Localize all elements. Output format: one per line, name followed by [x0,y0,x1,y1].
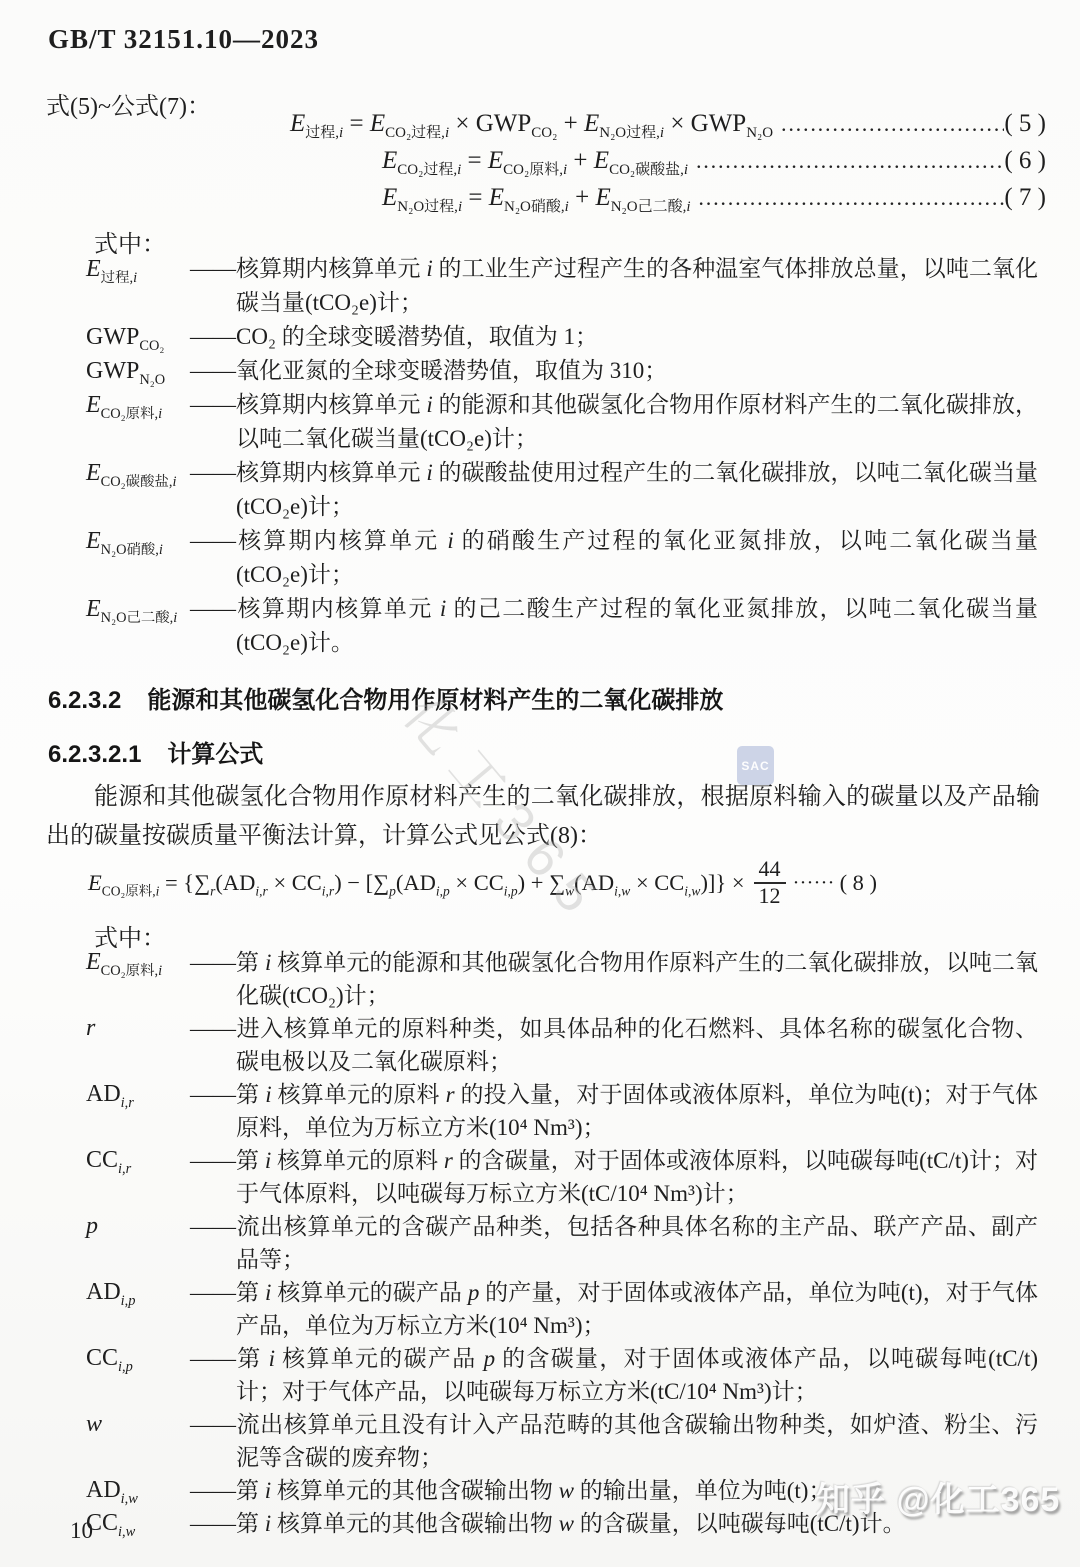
definition-row: ECO₂碳酸盐,i ——核算期内核算单元 i 的碳酸盐使用过程产生的二氧化碳排放… [86,456,1038,524]
definition-term: CCi,r [86,1144,190,1210]
definition-term: EN₂O硝酸,i [86,524,190,592]
definition-description: ——CO₂ 的全球变暖潜势值，取值为 1； [190,320,1038,354]
definition-row: ECO₂原料,i ——第 i 核算单元的能源和其他碳氢化合物用作原料产生的二氧化… [86,946,1038,1012]
definition-list-2: ECO₂原料,i ——第 i 核算单元的能源和其他碳氢化合物用作原料产生的二氧化… [86,946,1038,1540]
document-page: GB/T 32151.10—2023 式(5)~公式(7)： E过程,i = E… [0,0,1080,1567]
definition-row: CCi,p ——第 i 核算单元的碳产品 p 的含碳量，对于固体或液体产品，以吨… [86,1342,1038,1408]
equation-6-number: ( 6 ) [1004,147,1046,175]
definition-term: ECO₂原料,i [86,388,190,456]
definition-term: E过程,i [86,252,190,320]
definition-row: EN₂O己二酸,i ——核算期内核算单元 i 的己二酸生产过程的氧化亚氮排放，以… [86,592,1038,660]
equation-5-number: ( 5 ) [1004,110,1046,138]
definition-term: GWPCO₂ [86,320,190,354]
definition-description: ——核算期内核算单元 i 的己二酸生产过程的氧化亚氮排放，以吨二氧化碳当量(tC… [190,592,1038,660]
definition-term: EN₂O己二酸,i [86,592,190,660]
definition-description: ——第 i 核算单元的能源和其他碳氢化合物用作原料产生的二氧化碳排放，以吨二氧化… [190,946,1038,1012]
definition-description: ——核算期内核算单元 i 的工业生产过程产生的各种温室气体排放总量，以吨二氧化碳… [190,252,1038,320]
definition-term: CCi,p [86,1342,190,1408]
definition-row: CCi,r ——第 i 核算单元的原料 r 的含碳量，对于固体或液体原料，以吨碳… [86,1144,1038,1210]
fraction-44-12: 44 12 [754,857,786,908]
definition-description: ——氧化亚氮的全球变暖潜势值，取值为 310； [190,354,1038,388]
equation-5-expression: E过程,i = ECO₂过程,i × GWPCO₂ + EN₂O过程,i × G… [48,110,773,138]
definition-row: w ——流出核算单元且没有计入产品范畴的其他含碳输出物种类，如炉渣、粉尘、污泥等… [86,1408,1038,1474]
definition-row: ADi,r ——第 i 核算单元的原料 r 的投入量，对于固体或液体原料，单位为… [86,1078,1038,1144]
definition-description: ——核算期内核算单元 i 的碳酸盐使用过程产生的二氧化碳排放，以吨二氧化碳当量(… [190,456,1038,524]
fraction-denominator: 12 [754,884,786,909]
subsection-title: 计算公式 [167,741,263,768]
definition-term: ECO₂碳酸盐,i [86,456,190,524]
formula-8-expression: ECO₂原料,i = {∑r(ADi,r × CCi,r) − [∑p(ADi,… [88,870,745,896]
definition-description: ——流出核算单元且没有计入产品范畴的其他含碳输出物种类，如炉渣、粉尘、污泥等含碳… [190,1408,1038,1474]
definition-description: ——第 i 核算单元的原料 r 的投入量，对于固体或液体原料，单位为吨(t)；对… [190,1078,1038,1144]
definition-term: CCi,w [86,1507,190,1540]
definition-term: w [86,1408,190,1474]
definition-description: ——第 i 核算单元的原料 r 的含碳量，对于固体或液体原料，以吨碳每吨(tC/… [190,1144,1038,1210]
fraction-numerator: 44 [754,857,786,884]
definition-row: EN₂O硝酸,i ——核算期内核算单元 i 的硝酸生产过程的氧化亚氮排放，以吨二… [86,524,1038,592]
definition-row: r ——进入核算单元的原料种类，如具体品种的化石燃料、具体名称的碳氢化合物、碳电… [86,1012,1038,1078]
subsection-number: 6.2.3.2.1 [48,741,141,768]
equation-7-expression: EN₂O过程,i = EN₂O硝酸,i + EN₂O己二酸,i [48,184,691,212]
dot-leader: ········································… [773,122,1004,140]
equation-7-number: ( 7 ) [1004,184,1046,212]
equation-8-number: ( 8 ) [840,870,878,896]
definition-row: E过程,i ——核算期内核算单元 i 的工业生产过程产生的各种温室气体排放总量，… [86,252,1038,320]
definition-description: ——流出核算单元的含碳产品种类，包括各种具体名称的主产品、联产产品、副产品等； [190,1210,1038,1276]
definition-term: r [86,1012,190,1078]
equation-row-7: EN₂O过程,i = EN₂O硝酸,i + EN₂O己二酸,i ········… [48,184,1046,221]
equation-row-6: ECO₂过程,i = ECO₂原料,i + ECO₂碳酸盐,i ········… [48,147,1046,184]
doc-number: GB/T 32151.10—2023 [48,24,319,55]
equation-6-expression: ECO₂过程,i = ECO₂原料,i + ECO₂碳酸盐,i [48,147,688,175]
definition-description: ——第 i 核算单元的碳产品 p 的含碳量，对于固体或液体产品，以吨碳每吨(tC… [190,1342,1038,1408]
dot-leader: ······ [794,875,836,892]
page-number: 10 [70,1518,93,1544]
definition-row: ADi,p ——第 i 核算单元的碳产品 p 的产量，对于固体或液体产品，单位为… [86,1276,1038,1342]
definition-row: GWPN₂O ——氧化亚氮的全球变暖潜势值，取值为 310； [86,354,1038,388]
definition-term: GWPN₂O [86,354,190,388]
equation-row-5: E过程,i = ECO₂过程,i × GWPCO₂ + EN₂O过程,i × G… [48,110,1046,147]
definition-term: p [86,1210,190,1276]
section-heading-6-2-3-2: 6.2.3.2能源和其他碳氢化合物用作原材料产生的二氧化碳排放 [48,680,723,715]
definition-description: ——核算期内核算单元 i 的硝酸生产过程的氧化亚氮排放，以吨二氧化碳当量(tCO… [190,524,1038,592]
dot-leader: ········································… [691,196,1005,214]
sac-logo-watermark: SAC [737,746,774,785]
definition-description: ——第 i 核算单元的碳产品 p 的产量，对于固体或液体产品，单位为吨(t)，对… [190,1276,1038,1342]
dot-leader: ········································… [688,159,1004,177]
definition-row: GWPCO₂ ——CO₂ 的全球变暖潜势值，取值为 1； [86,320,1038,354]
definition-term: ADi,w [86,1474,190,1507]
definition-row: p ——流出核算单元的含碳产品种类，包括各种具体名称的主产品、联产产品、副产品等… [86,1210,1038,1276]
definition-description: ——进入核算单元的原料种类，如具体品种的化石燃料、具体名称的碳氢化合物、碳电极以… [190,1012,1038,1078]
section-number: 6.2.3.2 [48,687,121,714]
subsection-heading-6-2-3-2-1: 6.2.3.2.1计算公式 [48,734,263,769]
definition-description: ——核算期内核算单元 i 的能源和其他碳氢化合物用作原材料产生的二氧化碳排放，以… [190,388,1038,456]
zhihu-credit-watermark: 知乎 @化工365 [816,1472,1060,1521]
equation-block-5-7: E过程,i = ECO₂过程,i × GWPCO₂ + EN₂O过程,i × G… [48,110,1046,221]
definition-row: ECO₂原料,i ——核算期内核算单元 i 的能源和其他碳氢化合物用作原材料产生… [86,388,1038,456]
definition-term: ADi,r [86,1078,190,1144]
definition-term: ECO₂原料,i [86,946,190,1012]
definition-term: ADi,p [86,1276,190,1342]
definition-list-1: E过程,i ——核算期内核算单元 i 的工业生产过程产生的各种温室气体排放总量，… [86,252,1038,660]
